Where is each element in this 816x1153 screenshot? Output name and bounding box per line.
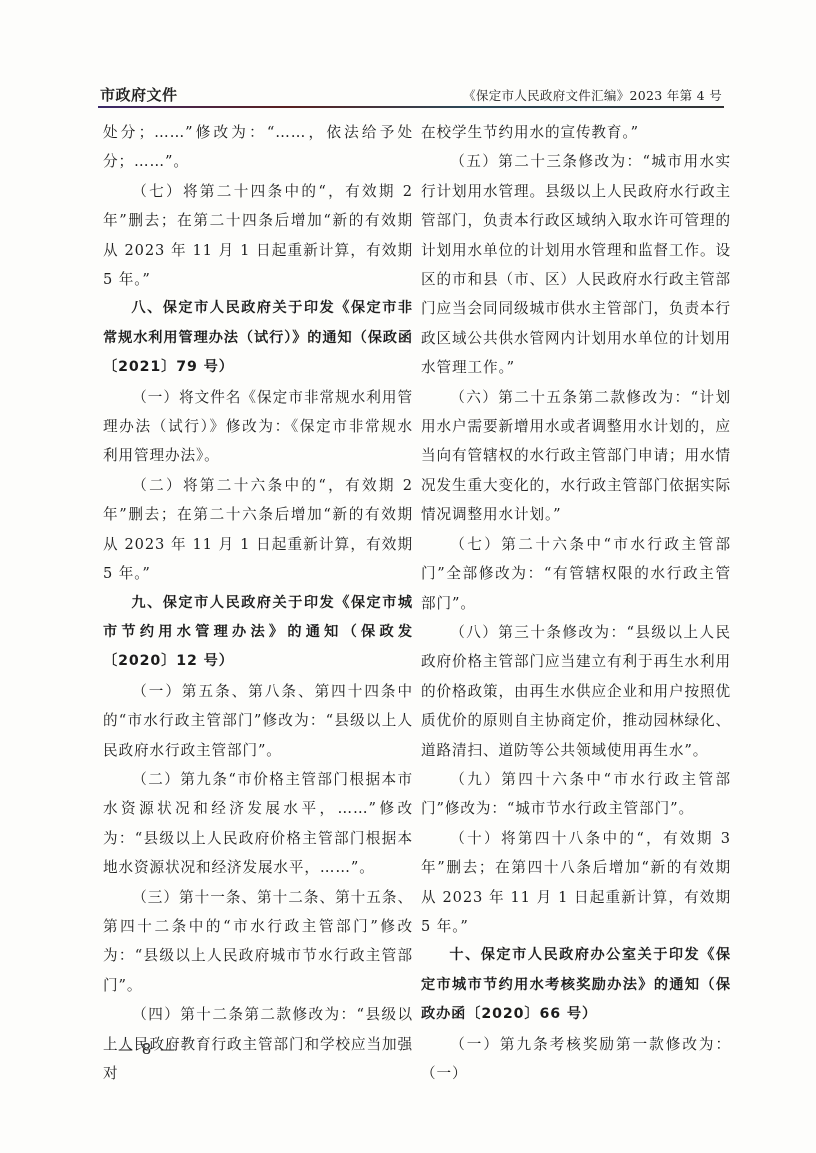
header-divider	[98, 106, 724, 108]
paragraph: （八）第三十条修改为：“县级以上人民政府价格主管部门应当建立有利于再生水利用的价…	[421, 618, 731, 765]
paragraph: （二）第九条“市价格主管部门根据本市水资源状况和经济发展水平，……”修改为：“县…	[103, 765, 413, 883]
paragraph: （七）将第二十四条中的“，有效期 2 年”删去；在第二十四条后增加“新的有效期从…	[103, 177, 413, 295]
paragraph-continuation: 在校学生节约用水的宣传教育。”	[421, 118, 731, 147]
paragraph: （一）第九条考核奖励第一款修改为：（一）	[421, 1030, 731, 1089]
right-column: 在校学生节约用水的宣传教育。” （五）第二十三条修改为：“城市用水实行计划用水管…	[421, 118, 731, 1088]
section-heading-8: 八、保定市人民政府关于印发《保定市非常规水利用管理办法（试行）》的通知（保政函〔…	[103, 294, 413, 382]
header-section-title: 市政府文件	[100, 84, 178, 105]
paragraph: （一）第五条、第八条、第四十四条中的“市水行政主管部门”修改为：“县级以上人民政…	[103, 677, 413, 765]
running-header: 市政府文件 《保定市人民政府文件汇编》2023 年第 4 号	[98, 84, 724, 104]
paragraph: （一）将文件名《保定市非常规水利用管理办法（试行）》修改为：《保定市非常规水利用…	[103, 383, 413, 471]
left-column: 处分；……”修改为：“……，依法给予处分；……”。 （七）将第二十四条中的“，有…	[103, 118, 413, 1088]
paragraph: （十）将第四十八条中的“，有效期 3 年”删去；在第四十八条后增加“新的有效期从…	[421, 824, 731, 942]
paragraph: （六）第二十五条第二款修改为：“计划用水户需要新增用水或者调整用水计划的，应当向…	[421, 383, 731, 530]
paragraph: （二）将第二十六条中的“，有效期 2 年”删去；在第二十六条后增加“新的有效期从…	[103, 471, 413, 589]
paragraph-continuation: 处分；……”修改为：“……，依法给予处分；……”。	[103, 118, 413, 177]
paragraph: （七）第二十六条中“市水行政主管部门”全部修改为：“有管辖权限的水行政主管部门”…	[421, 530, 731, 618]
page-number: — 8 —	[118, 1040, 177, 1058]
paragraph: （九）第四十六条中“市水行政主管部门”修改为：“城市节水行政主管部门”。	[421, 765, 731, 824]
paragraph: （五）第二十三条修改为：“城市用水实行计划用水管理。县级以上人民政府水行政主管部…	[421, 147, 731, 382]
section-heading-9: 九、保定市人民政府关于印发《保定市城市节约用水管理办法》的通知（保政发〔2020…	[103, 589, 413, 677]
header-publication-title: 《保定市人民政府文件汇编》2023 年第 4 号	[463, 86, 722, 104]
paragraph: （三）第十一条、第十二条、第十五条、第四十二条中的“市水行政主管部门”修改为：“…	[103, 883, 413, 1001]
section-heading-10: 十、保定市人民政府办公室关于印发《保定市城市节约用水考核奖励办法》的通知（保政办…	[421, 941, 731, 1029]
